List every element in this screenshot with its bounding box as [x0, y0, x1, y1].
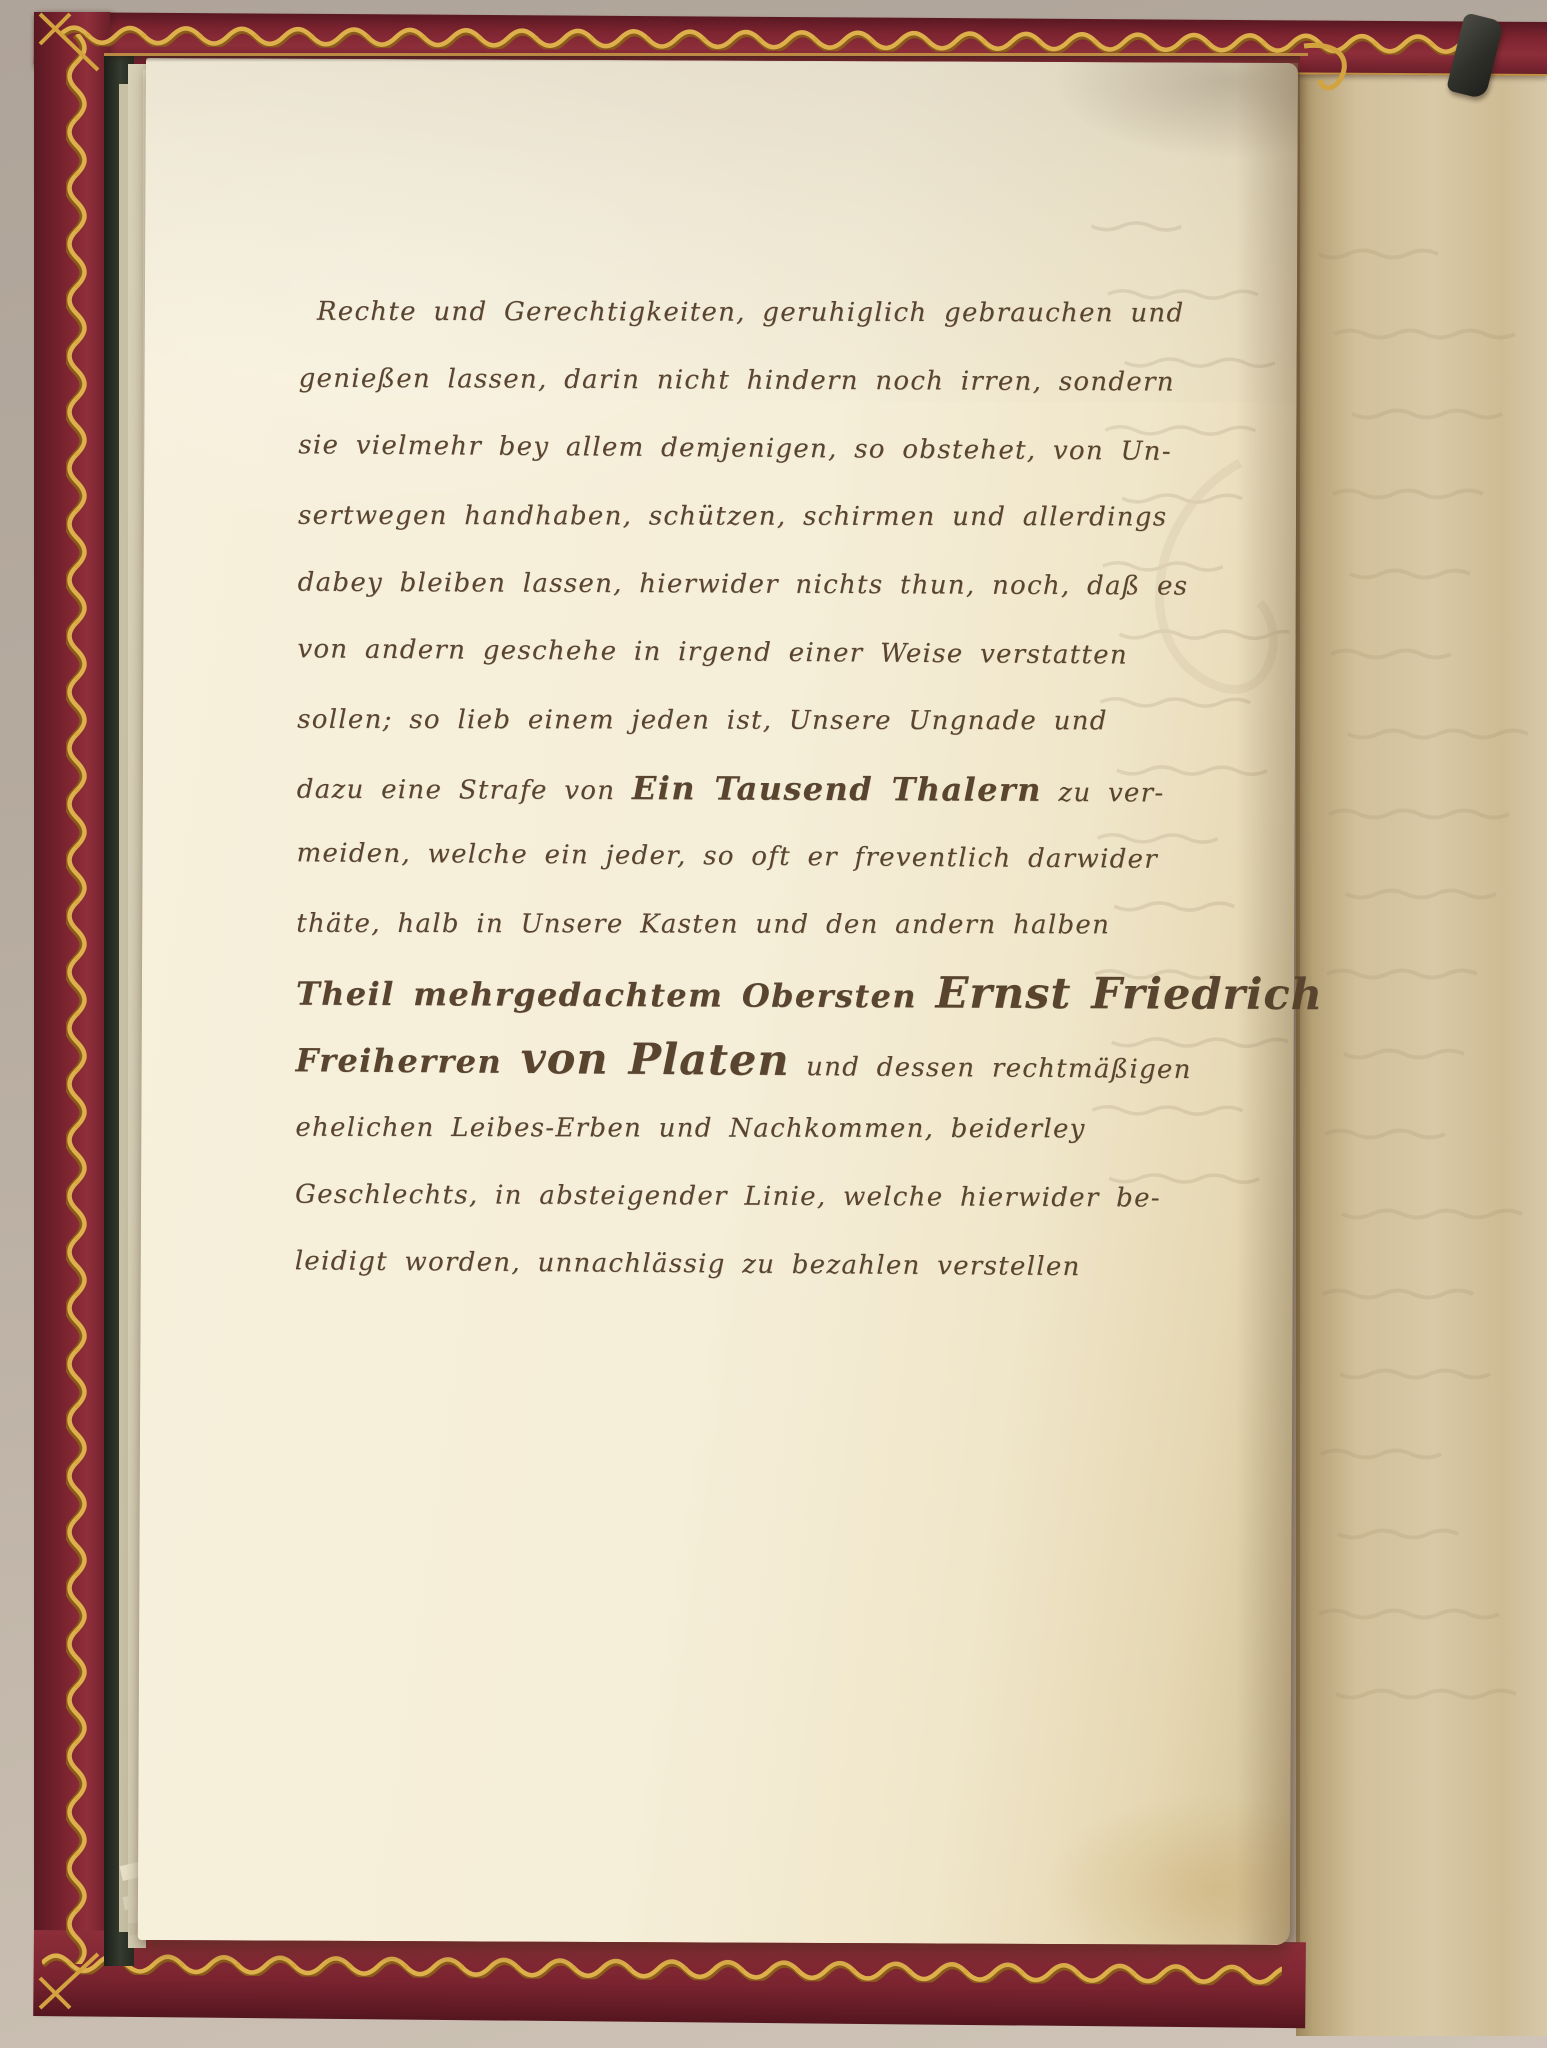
script-text: Rechte und Gerechtigkeiten, geruhiglich … [317, 297, 1185, 329]
photo-background: Rechte und Gerechtigkeiten, geruhiglich … [0, 0, 1547, 2048]
manuscript-line: sollen; so lieb einem jeden ist, Unsere … [297, 686, 1197, 756]
manuscript-line: von andern geschehe in irgend einer Weis… [297, 615, 1197, 690]
manuscript-line: meiden, welche ein jeder, so oft er frev… [296, 819, 1196, 894]
manuscript-line: Freiherren von Platen und dessen rechtmä… [295, 1023, 1195, 1098]
gold-scroll-border-left [66, 34, 88, 1964]
manuscript-line: Rechte und Gerechtigkeiten, geruhiglich … [299, 278, 1199, 348]
script-text: meiden, welche ein jeder, so oft er frev… [296, 838, 1158, 874]
manuscript-page: Rechte und Gerechtigkeiten, geruhiglich … [138, 58, 1298, 1945]
script-text: ehelichen Leibes-Erben und Nachkommen, b… [295, 1113, 1085, 1145]
manuscript-line: sertwegen handhaben, schützen, schirmen … [298, 482, 1198, 552]
manuscript-line: dabey bleiben lassen, hierwider nichts t… [298, 549, 1198, 621]
gold-border-curl [1298, 40, 1358, 110]
manuscript-line: leidigt worden, unnachlässig zu bezahlen… [294, 1227, 1194, 1302]
script-text: leidigt worden, unnachlässig zu bezahlen… [295, 1246, 1081, 1282]
script-text: sie vielmehr bey allem demjenigen, so ob… [298, 430, 1172, 467]
script-text: dazu eine Strafe von [297, 775, 632, 806]
script-text: Ein Tausend Thalern [632, 769, 1042, 809]
manuscript-line: thäte, halb in Unsere Kasten und den and… [296, 890, 1196, 960]
manuscript-line: dazu eine Strafe von Ein Tausend Thalern… [297, 753, 1197, 825]
script-text: sertwegen handhaben, schützen, schirmen … [298, 501, 1167, 533]
manuscript-line: ehelichen Leibes-Erben und Nachkommen, b… [295, 1094, 1195, 1164]
page-top-shadow [108, 56, 1300, 62]
manuscript-line: sie vielmehr bey allem demjenigen, so ob… [298, 411, 1198, 486]
gold-corner-tooling-top-left [36, 10, 106, 80]
page-stack-edge [119, 84, 128, 1932]
manuscript-line: Theil mehrgedachtem Obersten Ernst Fried… [296, 957, 1196, 1029]
show-through-text-facing [1318, 240, 1528, 1840]
script-text: zu ver- [1042, 778, 1165, 809]
manuscript-text: Rechte und Gerechtigkeiten, geruhiglich … [295, 277, 1199, 1301]
manuscript-line: Geschlechts, in absteigender Linie, welc… [295, 1161, 1195, 1233]
gutter-fold-shadow [1236, 58, 1300, 1944]
script-text: dabey bleiben lassen, hierwider nichts t… [298, 568, 1189, 602]
script-text: sollen; so lieb einem jeden ist, Unsere … [297, 705, 1108, 737]
script-text: von andern geschehe in irgend einer Weis… [297, 634, 1128, 670]
script-text: und dessen rechtmäßigen [789, 1052, 1191, 1085]
manuscript-line: genießen lassen, darin nicht hindern noc… [298, 345, 1198, 417]
emphasized-name: von Platen [520, 1034, 789, 1086]
script-text: thäte, halb in Unsere Kasten und den and… [296, 909, 1110, 941]
script-text: genießen lassen, darin nicht hindern noc… [299, 364, 1175, 398]
script-text: Theil mehrgedachtem Obersten [296, 975, 936, 1016]
script-text: Freiherren [295, 1041, 520, 1081]
script-text: Geschlechts, in absteigender Linie, welc… [295, 1180, 1161, 1214]
gold-corner-tooling-bottom-left [36, 1944, 106, 2014]
